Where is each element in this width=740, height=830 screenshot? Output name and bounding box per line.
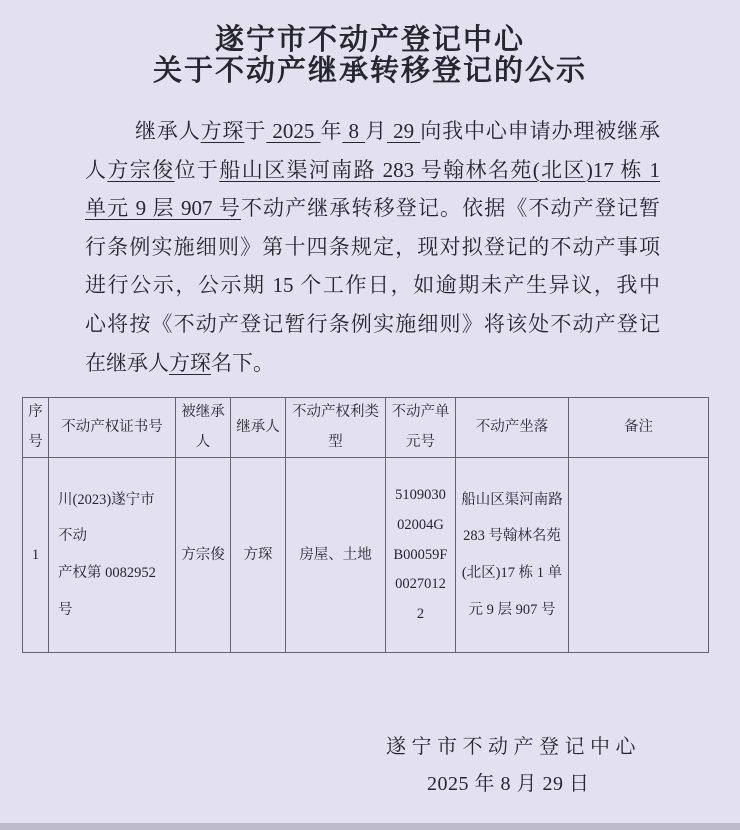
column-header: 备注 [569, 398, 709, 458]
table-cell-line: 方宗俊 [178, 537, 228, 574]
column-header-line: 不动产权利类型 [288, 398, 383, 457]
table-cell [569, 458, 709, 653]
table-cell-line: 房屋、土地 [288, 537, 383, 574]
column-header-line: 备注 [571, 413, 706, 443]
column-header-line: 不动产权证书号 [51, 413, 173, 443]
text-segment: 向我中心申请办理被继承 [420, 119, 660, 143]
column-header: 不动产单元号 [386, 398, 456, 458]
text-segment: 名下。 [211, 351, 274, 375]
text-segment: 心将按《不动产登记暂行条例实施细则》将该处不动产登记 [85, 312, 660, 336]
underlined-text: 2025 [266, 119, 320, 143]
column-header-line: 序 [25, 398, 46, 428]
table-cell-line: 船山区渠河南路 [458, 482, 566, 519]
text-segment: 年 [321, 119, 343, 143]
table-cell: 船山区渠河南路283 号翰林名苑(北区)17 栋 1 单元 9 层 907 号 [456, 458, 569, 653]
table-cell-line: 283 号翰林名苑 [458, 518, 566, 555]
column-header-line: 不动产坐落 [458, 413, 566, 443]
text-segment: 行条例实施细则》第十四条规定，现对拟登记的不动产事项 [85, 235, 660, 259]
paragraph-line: 人方宗俊位于船山区渠河南路 283 号翰林名苑(北区)17 栋 1 [85, 151, 660, 190]
header-row: 序号不动产权证书号被继承人继承人不动产权利类型不动产单元号不动产坐落备注 [23, 398, 709, 458]
column-header-line: 号 [25, 428, 46, 458]
issue-date: 2025 年 8 月 29 日 [427, 767, 590, 796]
column-header-line: 元号 [388, 428, 453, 458]
table-cell-line: (北区)17 栋 1 单 [458, 555, 566, 592]
property-table: 序号不动产权证书号被继承人继承人不动产权利类型不动产单元号不动产坐落备注 1川(… [22, 397, 709, 653]
underlined-text: 8 [342, 119, 365, 143]
paragraph-line: 继承人方琛于 2025 年 8 月 29 向我中心申请办理被继承 [85, 112, 660, 151]
column-header-line: 不动产单 [388, 398, 453, 428]
text-segment: 人 [85, 158, 107, 182]
notice-paragraph: 继承人方琛于 2025 年 8 月 29 向我中心申请办理被继承人方宗俊位于船山… [85, 112, 660, 382]
column-header: 不动产坐落 [456, 398, 569, 458]
table-cell-line: 2 [388, 600, 453, 630]
table-cell: 方宗俊 [176, 458, 231, 653]
text-segment: 位于 [175, 158, 220, 182]
underlined-text: 单元 9 层 907 号 [85, 196, 241, 220]
paragraph-line: 在继承人方琛名下。 [85, 344, 660, 383]
table-cell: 房屋、土地 [286, 458, 386, 653]
table-cell-line: B00059F [388, 541, 453, 571]
table-cell-line: 产权第 0082952 号 [58, 555, 166, 629]
table-row: 1川(2023)遂宁市不动产权第 0082952 号方宗俊方琛房屋、土地5109… [23, 458, 709, 653]
text-segment: 月 [365, 119, 387, 143]
paragraph-line: 进行公示，公示期 15 个工作日，如逾期未产生异议，我中 [85, 266, 660, 305]
text-segment: 继承人 [135, 119, 201, 143]
column-header: 被继承人 [176, 398, 231, 458]
document-title-line-1: 遂宁市不动产登记中心 [0, 24, 740, 55]
underlined-text: 29 [387, 119, 420, 143]
text-segment: 于 [244, 119, 266, 143]
text-segment: 在继承人 [85, 351, 169, 375]
paragraph-line: 心将按《不动产登记暂行条例实施细则》将该处不动产登记 [85, 305, 660, 344]
notice-document: 遂宁市不动产登记中心 关于不动产继承转移登记的公示 继承人方琛于 2025 年 … [0, 0, 740, 830]
table-cell-line: 0027012 [388, 570, 453, 600]
property-table-body: 1川(2023)遂宁市不动产权第 0082952 号方宗俊方琛房屋、土地5109… [23, 458, 709, 653]
paragraph-line: 行条例实施细则》第十四条规定，现对拟登记的不动产事项 [85, 228, 660, 267]
table-cell-line: 方琛 [233, 537, 283, 574]
column-header-line: 继承人 [233, 413, 283, 443]
table-cell: 方琛 [231, 458, 286, 653]
table-cell: 川(2023)遂宁市不动产权第 0082952 号 [49, 458, 176, 653]
text-segment: 不动产继承转移登记。依据《不动产登记暂 [241, 196, 660, 220]
text-segment: 进行公示，公示期 15 个工作日，如逾期未产生异议，我中 [85, 273, 660, 297]
scan-edge [0, 823, 740, 830]
document-title: 遂宁市不动产登记中心 关于不动产继承转移登记的公示 [0, 24, 740, 86]
column-header: 不动产权利类型 [286, 398, 386, 458]
table-cell-line: 元 9 层 907 号 [458, 592, 566, 629]
column-header: 不动产权证书号 [49, 398, 176, 458]
table-cell: 510903002004GB00059F00270122 [386, 458, 456, 653]
underlined-text: 方琛 [201, 119, 245, 143]
issuing-authority: 遂宁市不动产登记中心 [386, 730, 641, 759]
table-cell-line: 5109030 [388, 481, 453, 511]
column-header: 继承人 [231, 398, 286, 458]
table-cell: 1 [23, 458, 49, 653]
underlined-text: 船山区渠河南路 283 号翰林名苑(北区)17 栋 1 [219, 158, 660, 182]
column-header: 序号 [23, 398, 49, 458]
column-header-line: 被继承人 [178, 398, 228, 457]
document-title-line-2: 关于不动产继承转移登记的公示 [0, 55, 740, 86]
table-cell-line: 1 [25, 537, 46, 574]
underlined-text: 方宗俊 [107, 158, 174, 182]
table-cell-line: 川(2023)遂宁市不动 [58, 482, 166, 556]
property-table-header: 序号不动产权证书号被继承人继承人不动产权利类型不动产单元号不动产坐落备注 [23, 398, 709, 458]
paragraph-line: 单元 9 层 907 号不动产继承转移登记。依据《不动产登记暂 [85, 189, 660, 228]
underlined-text: 方琛 [169, 351, 211, 375]
table-cell-line: 02004G [388, 511, 453, 541]
